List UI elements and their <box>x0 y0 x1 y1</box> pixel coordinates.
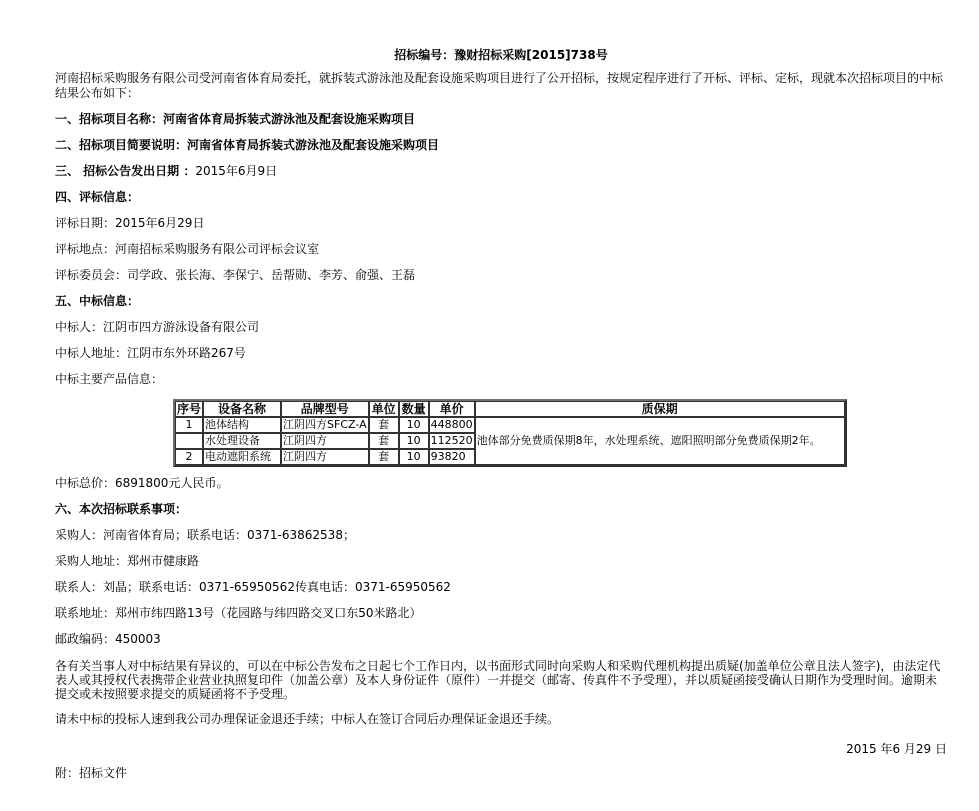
cell-brand: 江阴四方 <box>281 449 369 465</box>
col-header-no: 序号 <box>175 401 203 417</box>
col-header-warranty: 质保期 <box>475 401 845 417</box>
cell-unit: 套 <box>369 433 399 449</box>
section-announce-date: 三、 招标公告发出日期 ：2015年6月9日 <box>55 164 277 178</box>
cell-no <box>175 433 203 449</box>
col-header-qty: 数量 <box>399 401 429 417</box>
announce-date: 2015年6月9日 <box>195 164 277 178</box>
contact-address: 联系地址：郑州市纬四路13号（花园路与纬四路交叉口东50米路北） <box>55 606 422 620</box>
cell-qty: 10 <box>399 417 429 433</box>
cell-name: 池体结构 <box>203 417 281 433</box>
cell-name: 电动遮阳系统 <box>203 449 281 465</box>
cell-price: 93820 <box>429 449 475 465</box>
buyer-address: 采购人地址：郑州市健康路 <box>55 554 199 568</box>
section-label: 一、招标项目名称： <box>55 112 163 126</box>
section-label: 二、招标项目简要说明： <box>55 138 187 152</box>
section-label: 三、 招标公告发出日期 ： <box>55 164 195 178</box>
winner-name: 中标人：江阴市四方游泳设备有限公司 <box>55 320 259 334</box>
col-header-name: 设备名称 <box>203 401 281 417</box>
contact-person: 联系人：刘晶；联系电话：0371-65950562传真电话：0371-65950… <box>55 580 451 594</box>
products-table: 序号 设备名称 品牌型号 单位 数量 单价 质保期 1 池体结构 江阴四方SFC… <box>173 399 847 467</box>
intro-paragraph: 河南招标采购服务有限公司受河南省体育局委托，就拆装式游泳池及配套设施采购项目进行… <box>55 71 947 101</box>
objection-notice: 各有关当事人对中标结果有异议的，可以在中标公告发布之日起七个工作日内，以书面形式… <box>55 659 947 701</box>
cell-brand: 江阴四方SFCZ-A <box>281 417 369 433</box>
postcode: 邮政编码：450003 <box>55 632 161 646</box>
products-table-wrapper: 序号 设备名称 品牌型号 单位 数量 单价 质保期 1 池体结构 江阴四方SFC… <box>173 399 847 467</box>
evaluation-location: 评标地点：河南招标采购服务有限公司评标会议室 <box>55 242 319 256</box>
deposit-notice: 请未中标的投标人速到我公司办理保证金退还手续；中标人在签订合同后办理保证金退还手… <box>55 712 559 726</box>
project-name: 河南省体育局拆装式游泳池及配套设施采购项目 <box>163 112 415 126</box>
cell-unit: 套 <box>369 417 399 433</box>
cell-no: 2 <box>175 449 203 465</box>
col-header-price: 单价 <box>429 401 475 417</box>
cell-qty: 10 <box>399 449 429 465</box>
buyer-info: 采购人：河南省体育局；联系电话：0371-63862538； <box>55 528 355 542</box>
total-price: 中标总价：6891800元人民币。 <box>55 476 228 490</box>
cell-unit: 套 <box>369 449 399 465</box>
cell-name: 水处理设备 <box>203 433 281 449</box>
section-project-name: 一、招标项目名称：河南省体育局拆装式游泳池及配套设施采购项目 <box>55 112 415 126</box>
products-label: 中标主要产品信息： <box>55 372 163 386</box>
cell-no: 1 <box>175 417 203 433</box>
sign-date: 2015 年6 月29 日 <box>846 740 947 757</box>
section-heading-contact: 六、本次招标联系事项： <box>55 502 187 516</box>
cell-brand: 江阴四方 <box>281 433 369 449</box>
evaluation-committee: 评标委员会：司学政、张长海、李保宁、岳帮勋、李芳、俞强、王磊 <box>55 268 415 282</box>
document-title: 招标编号：豫财招标采购[2015]738号 <box>55 46 947 63</box>
attachment-link[interactable]: 附：招标文件 <box>55 766 127 780</box>
cell-price: 448800 <box>429 417 475 433</box>
section-project-summary: 二、招标项目简要说明：河南省体育局拆装式游泳池及配套设施采购项目 <box>55 138 439 152</box>
cell-qty: 10 <box>399 433 429 449</box>
cell-warranty: 池体部分免费质保期8年，水处理系统、遮阳照明部分免费质保期2年。 <box>475 417 845 465</box>
table-row: 1 池体结构 江阴四方SFCZ-A 套 10 448800 池体部分免费质保期8… <box>175 417 845 433</box>
cell-price: 112520 <box>429 433 475 449</box>
col-header-unit: 单位 <box>369 401 399 417</box>
evaluation-date: 评标日期：2015年6月29日 <box>55 216 204 230</box>
winner-address: 中标人地址：江阴市东外环路267号 <box>55 346 246 360</box>
project-summary: 河南省体育局拆装式游泳池及配套设施采购项目 <box>187 138 439 152</box>
section-heading-winner: 五、中标信息： <box>55 294 139 308</box>
col-header-brand: 品牌型号 <box>281 401 369 417</box>
table-header-row: 序号 设备名称 品牌型号 单位 数量 单价 质保期 <box>175 401 845 417</box>
section-heading-evaluation: 四、评标信息： <box>55 190 139 204</box>
